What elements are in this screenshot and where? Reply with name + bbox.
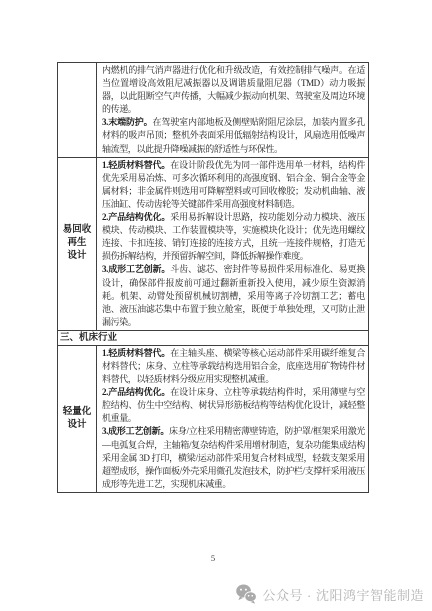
- table-row: 内燃机的排气消声器进行优化和升级改造，有效控制排气噪声。在适当位置增设高效阻尼减…: [58, 63, 368, 157]
- row-label-line: 轻量化: [63, 406, 92, 419]
- section-title: 三、机床行业: [58, 331, 368, 345]
- row-label-line: 再生: [67, 237, 86, 250]
- watermark: 公众号 · 沈阳鸿宇智能制造: [235, 583, 424, 605]
- paragraph: 3.末端防护。在驾驶室内部地板及侧壁贴附阻尼涂层，加装内置多孔材料的吸声吊顶；整…: [102, 116, 365, 155]
- paragraph: 3.成形工艺创新。斗齿、滤芯、密封件等易损件采用标准化、易更换设计，确保部件报废…: [102, 263, 365, 328]
- regulation-table: 内燃机的排气消声器进行优化和升级改造，有效控制排气噪声。在适当位置增设高效阻尼减…: [57, 62, 369, 493]
- paragraph-lead: 1.轻质材料替代。: [102, 348, 170, 358]
- row-label-line: 设计: [67, 419, 86, 432]
- row-content: 1.轻质材料替代。在设计阶段优先为同一部件选用单一材料，结构件优先采用易冶炼、可…: [97, 158, 368, 330]
- row-label: [58, 63, 97, 157]
- document-page: 内燃机的排气消声器进行优化和升级改造，有效控制排气噪声。在适当位置增设高效阻尼减…: [0, 0, 432, 611]
- paragraph: 1.轻质材料替代。在主轴头座、横梁等核心运动部件采用碳纤维复合材料替代；床身、立…: [102, 347, 365, 386]
- paragraph-lead: 2.产品结构优化。: [102, 212, 170, 222]
- paragraph: 2.产品结构优化。采用易拆解设计思路，按功能划分动力模块、液压模块、传动模块、工…: [102, 211, 365, 263]
- table-row: 易回收 再生 设计 1.轻质材料替代。在设计阶段优先为同一部件选用单一材料，结构…: [58, 157, 368, 330]
- row-label-line: 设计: [67, 250, 86, 263]
- row-label: 易回收 再生 设计: [58, 158, 97, 330]
- paragraph-lead: 3.末端防护。: [102, 117, 153, 127]
- table-row: 轻量化 设计 1.轻质材料替代。在主轴头座、横梁等核心运动部件采用碳纤维复合材料…: [58, 345, 368, 492]
- paragraph: 2.产品结构优化。在设计床身、立柱等承载结构件时，采用薄壁与空腔结构、仿生中空结…: [102, 386, 365, 425]
- row-label: 轻量化 设计: [58, 346, 97, 492]
- section-row: 三、机床行业: [58, 330, 368, 345]
- wechat-icon: [235, 583, 257, 605]
- row-content: 内燃机的排气消声器进行优化和升级改造，有效控制排气噪声。在适当位置增设高效阻尼减…: [97, 63, 368, 157]
- paragraph: 1.轻质材料替代。在设计阶段优先为同一部件选用单一材料，结构件优先采用易冶炼、可…: [102, 159, 365, 211]
- paragraph: 内燃机的排气消声器进行优化和升级改造，有效控制排气噪声。在适当位置增设高效阻尼减…: [102, 64, 365, 116]
- paragraph-text: 内燃机的排气消声器进行优化和升级改造，有效控制排气噪声。在适当位置增设高效阻尼减…: [102, 65, 365, 114]
- page-number: 5: [57, 553, 369, 563]
- paragraph-lead: 1.轻质材料替代。: [102, 160, 170, 170]
- row-label-line: 易回收: [63, 224, 92, 237]
- watermark-text: 公众号 · 沈阳鸿宇智能制造: [262, 585, 424, 604]
- row-content: 1.轻质材料替代。在主轴头座、横梁等核心运动部件采用碳纤维复合材料替代；床身、立…: [97, 346, 368, 492]
- paragraph-lead: 3.成形工艺创新。: [102, 426, 169, 436]
- paragraph-lead: 3.成形工艺创新。: [102, 264, 170, 274]
- paragraph: 3.成形工艺创新。床身/立柱采用精密薄壁铸造，防护罩/框架采用激光—电弧复合焊，…: [102, 425, 365, 490]
- paragraph-lead: 2.产品结构优化。: [102, 387, 170, 397]
